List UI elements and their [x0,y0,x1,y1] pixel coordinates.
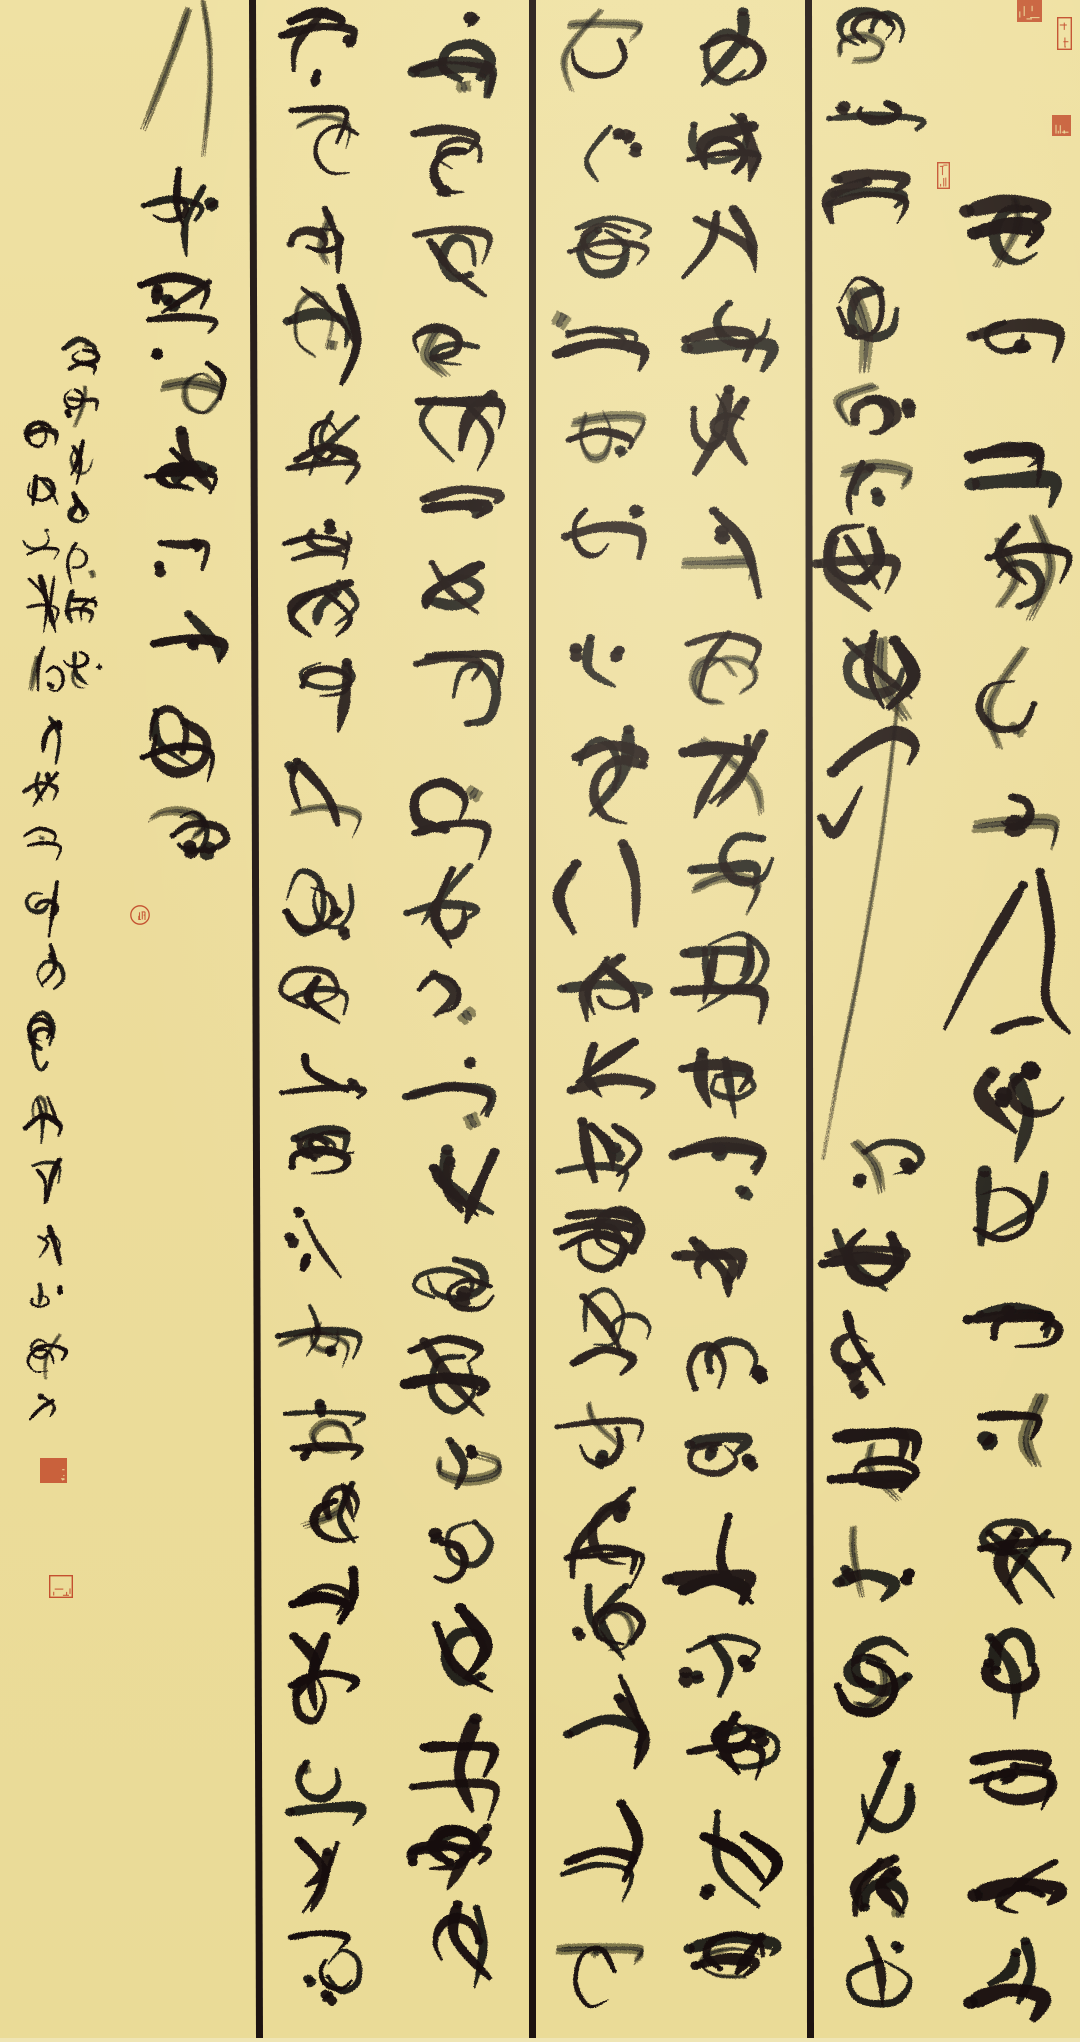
calligraphy-character [31,1157,62,1204]
brush-stroke [552,862,578,935]
calligraphy-character [288,1125,354,1174]
calligraphy-character [567,215,652,278]
calligraphy-character [137,272,218,334]
brush-entry-dot [731,169,738,175]
brush-stroke [712,1812,761,1908]
brush-entry-dot [473,1905,481,1912]
brush-entry-dot [706,1367,714,1374]
brush-entry-dot [205,279,212,285]
brush-entry-dot [834,1683,842,1690]
calligraphy-character [61,336,100,375]
brush-entry-dot [841,1362,856,1375]
brush-entry-dot [902,1672,913,1681]
brush-entry-dot [466,1445,477,1454]
brush-entry-dot [616,1799,626,1808]
brush-entry-dot [45,772,51,777]
brush-entry-dot [736,113,747,122]
calligraphy-character [584,125,643,183]
brush-stroke [415,226,492,265]
brush-entry-dot [336,283,346,291]
brush-entry-dot [154,561,164,570]
brush-stroke [413,1779,500,1822]
brush-entry-dot [282,909,289,915]
brush-entry-dot [433,396,439,401]
calligraphy-character [419,485,505,518]
divider-line-3 [805,0,814,2038]
brush-entry-dot [288,107,295,113]
brush-entry-dot [628,1486,637,1493]
brush-stroke [943,884,1025,1031]
brush-stroke [454,1718,480,1813]
brush-entry-dot [23,1126,29,1131]
brush-entry-dot [323,1141,329,1146]
calligraphy-character [412,323,480,378]
brush-entry-dot [303,1219,308,1223]
brush-entry-dot [686,1648,692,1653]
brush-entry-dot [613,646,624,656]
brush-entry-dot [297,1596,303,1601]
calligraphy-character [412,1256,495,1312]
brush-entry-dot [690,406,697,412]
dry-brush-stroke [681,563,754,581]
brush-stroke [304,1220,342,1278]
brush-entry-dot [552,349,563,358]
brush-entry-dot [870,487,882,497]
calligraphy-character [282,519,353,570]
brush-entry-dot [758,729,769,738]
brush-entry-dot [325,1514,332,1520]
brush-entry-dot [315,1399,326,1408]
calligraphy-character [36,943,65,990]
brush-entry-dot [690,121,698,127]
calligraphy-character [28,646,65,692]
brush-stroke [562,1862,634,1902]
brush-entry-dot [891,1941,901,1950]
calligraphy-scroll [0,0,1080,2042]
calligraphy-character [972,793,1060,850]
brush-entry-dot [293,758,302,766]
brush-entry-dot [169,447,176,453]
brush-entry-dot [708,1444,718,1453]
brush-entry-dot [33,474,38,478]
brush-entry-dot [486,390,498,400]
brush-entry-dot [204,197,217,208]
brush-entry-dot [303,1253,312,1260]
calligraphy-character [63,651,102,689]
brush-entry-dot [614,1426,621,1432]
calligraphy-character [840,459,913,515]
brush-entry-dot [289,1632,299,1640]
brush-entry-dot [432,1621,440,1628]
calligraphy-character [553,1206,646,1273]
brush-entry-dot [24,433,30,438]
brush-entry-dot [719,1721,729,1729]
calligraphy-character [843,630,921,723]
brush-stroke [36,646,45,691]
calligraphy-character [686,113,762,182]
brush-stroke [556,339,649,372]
calligraphy-character [552,311,650,372]
brush-entry-dot [487,1284,492,1289]
calligraphy-character [284,758,362,839]
brush-entry-dot [489,1148,500,1157]
brush-entry-dot [833,1577,845,1587]
brush-stroke [282,1085,368,1100]
brush-entry-dot [717,1966,724,1972]
calligraphy-character [29,1393,57,1420]
brush-entry-dot [678,1065,688,1073]
brush-stroke [313,124,359,175]
calligraphy-character [557,953,653,1022]
calligraphy-character [684,630,762,705]
brush-entry-dot [153,284,164,293]
brush-entry-dot [466,271,475,278]
calligraphy-character [288,1930,363,2006]
brush-entry-dot [700,1832,711,1841]
calligraphy-character [826,100,927,132]
brush-entry-dot [737,1655,751,1666]
brush-entry-dot [452,1256,460,1263]
brush-stroke [37,1283,43,1306]
calligraphy-character [284,1207,342,1279]
brush-entry-dot [905,1783,915,1791]
brush-entry-dot [408,1858,418,1866]
calligraphy-character [962,1303,1063,1348]
brush-entry-dot [179,750,186,756]
brush-entry-dot [984,554,993,562]
brush-entry-dot [449,866,457,872]
brush-entry-dot [587,1122,597,1130]
brush-entry-dot [583,508,589,513]
brush-entry-dot [47,1225,53,1230]
brush-entry-dot [818,1259,829,1268]
brush-stroke [419,398,455,464]
brush-entry-dot [594,227,603,234]
right-loop-stroke-panel-1 [1035,868,1071,1035]
brush-entry-dot [453,1900,463,1909]
calligraphy-character [833,382,916,435]
brush-entry-dot [560,1872,566,1877]
brush-entry-dot [141,203,148,209]
brush-entry-dot [843,534,850,540]
calligraphy-character [400,1335,491,1417]
brush-entry-dot [670,987,681,996]
brush-entry-dot [684,1944,696,1954]
calligraphy-character [275,1304,363,1368]
calligraphy-character [429,1144,500,1224]
brush-entry-dot [716,1734,722,1739]
brush-entry-dot [419,1743,429,1751]
calligraphy-character [681,507,762,599]
brush-entry-dot [304,1004,310,1009]
brush-entry-dot [990,1666,1002,1676]
calligraphy-character [403,863,480,949]
brush-entry-dot [61,346,67,351]
brush-entry-dot [325,1975,330,1980]
calligraphy-character [552,839,640,935]
brush-entry-dot [291,557,297,562]
brush-entry-dot [469,1713,482,1724]
brush-entry-dot [867,526,877,534]
calligraphy-character [412,226,493,298]
brush-entry-dot [858,573,870,583]
brush-entry-dot [611,1123,619,1130]
brush-entry-dot [70,589,75,593]
brush-entry-dot [140,754,147,760]
calligraphy-character [294,1836,340,1914]
brush-entry-dot [900,1158,914,1170]
brush-stroke [569,428,635,450]
calligraphy-character [141,167,219,257]
calligraphy-character [151,348,227,414]
brush-entry-dot [429,1164,439,1173]
brush-entry-dot [285,1808,295,1817]
brush-entry-dot [669,1150,681,1160]
brush-stroke [290,1801,367,1826]
brush-entry-dot [57,1285,62,1289]
brush-entry-dot [725,630,732,636]
brush-entry-dot [991,1027,1000,1035]
brush-entry-dot [437,185,451,197]
brush-entry-dot [285,466,291,471]
calligraphy-character [822,169,911,224]
brush-entry-dot [400,1379,413,1390]
brush-entry-dot [849,1379,863,1391]
brush-entry-dot [742,1454,754,1464]
brush-entry-dot [740,1831,750,1840]
brush-entry-dot [144,474,150,479]
brush-entry-dot [465,1057,476,1066]
brush-entry-dot [1001,320,1007,325]
brush-entry-dot [585,1583,592,1589]
calligraphy-character [421,560,485,615]
brush-entry-dot [688,865,699,874]
brush-stroke [832,1470,913,1493]
calligraphy-character [681,205,758,280]
brush-entry-dot [570,643,582,653]
brush-entry-dot [671,1251,682,1260]
brush-entry-dot [332,587,342,596]
brush-entry-dot [301,1053,309,1059]
brush-stroke [67,505,89,524]
brush-entry-dot [978,1165,992,1177]
brush-entry-dot [861,1149,868,1155]
brush-entry-dot [691,1670,702,1680]
calligraphy-character [287,206,345,274]
calligraphy-character [981,1628,1040,1720]
brush-entry-dot [608,125,613,130]
brush-entry-dot [893,1750,901,1757]
brush-entry-dot [200,184,207,190]
seal-top-right-1 [1017,0,1042,22]
brush-entry-dot [183,840,196,851]
brush-entry-dot [571,859,582,868]
base-stroke-panel-1 [991,1016,1045,1035]
brush-entry-dot [679,1667,693,1678]
brush-stroke [582,637,617,687]
calligraphy-character [959,195,1051,269]
brush-stroke [567,1714,648,1749]
calligraphy-character [699,1809,783,1908]
brush-stroke [830,726,919,775]
brush-entry-dot [889,636,902,647]
brush-entry-dot [184,610,193,618]
brush-entry-dot [290,1445,298,1452]
brush-entry-dot [738,7,749,16]
brush-entry-dot [1035,868,1045,876]
brush-entry-dot [477,159,482,163]
brush-stroke [709,1637,733,1698]
brush-stroke [972,470,1062,508]
brush-stroke [620,842,641,927]
calligraphy-character [402,1057,497,1131]
calligraphy-character [669,1137,767,1201]
calligraphy-character [278,7,358,87]
brush-entry-dot [684,1440,695,1449]
brush-entry-dot [1011,1527,1024,1538]
vertical-stroke-top-left [201,0,213,157]
calligraphy-character [410,124,483,197]
brush-entry-dot [890,1854,900,1862]
brush-entry-dot [421,504,432,513]
brush-entry-dot [347,1078,355,1085]
brush-entry-dot [1034,1535,1042,1542]
brush-entry-dot [409,66,418,73]
calligraphy-character [681,300,779,373]
paper-bottom-edge [0,2038,1080,2042]
brush-stroke [571,40,628,79]
brush-entry-dot [284,1232,295,1241]
brush-entry-dot [303,1975,313,1984]
brush-entry-dot [150,640,159,648]
brush-entry-dot [557,984,567,993]
brush-entry-dot [1041,1171,1049,1178]
brush-stroke [71,548,88,569]
brush-entry-dot [1012,523,1021,530]
calligraphy-character [833,1526,915,1603]
diagonal-stroke-panel-1 [943,881,1028,1031]
brush-entry-dot [146,317,153,323]
inscription-column-2 [22,420,68,1421]
calligraphy-character [564,1486,646,1589]
calligraphy-character [69,439,93,485]
brush-entry-dot [854,1173,866,1183]
brush-entry-dot [901,398,914,409]
brush-entry-dot [735,1185,747,1195]
calligraphy-character [974,1061,1065,1163]
brush-entry-dot [745,934,752,940]
calligraphy-character [966,318,1065,363]
seal-signature-2 [50,1576,73,1598]
brush-entry-dot [412,232,420,239]
calligraphy-character [287,579,359,638]
brush-entry-dot [990,1334,998,1341]
brush-entry-dot [324,519,335,529]
panel-2 [552,7,783,2008]
brush-entry-dot [836,306,841,311]
brush-entry-dot [691,1385,699,1391]
brush-entry-dot [288,1164,296,1171]
zhong-top-stroke [827,726,920,778]
brush-entry-dot [967,1889,982,1902]
brush-entry-dot [466,863,473,869]
calligraphy-character [67,491,89,523]
brush-entry-dot [621,1501,630,1509]
calligraphy-character [686,1711,780,1781]
brush-entry-dot [696,1047,709,1058]
brush-entry-dot [1051,1859,1058,1865]
brush-entry-dot [322,1848,332,1856]
calligraphy-character [563,1674,650,1769]
brush-entry-dot [618,839,629,848]
brush-entry-dot [586,634,595,642]
brush-entry-dot [279,1090,285,1095]
brush-entry-dot [353,415,360,421]
brush-stroke [426,499,493,519]
calligraphy-character [285,1759,367,1826]
brush-entry-dot [572,1627,583,1636]
brush-entry-dot [977,1431,994,1445]
calligraphy-character [556,1943,644,2008]
brush-entry-dot [472,1519,479,1525]
calligraphy-character [976,646,1038,750]
calligraphy-character [283,1399,367,1462]
brush-entry-dot [709,507,719,516]
brush-entry-dot [885,20,893,27]
calligraphy-character [301,1481,360,1544]
brush-stroke [44,529,49,532]
calligraphy-character [967,1859,1067,1914]
brush-entry-dot [460,148,468,155]
calligraphy-character [977,1519,1072,1606]
brush-entry-dot [415,397,425,405]
calligraphy-character [818,1228,911,1292]
brush-entry-dot [331,1498,339,1505]
calligraphy-character [973,1165,1049,1246]
calligraphy-character [560,1799,644,1902]
brush-entry-dot [284,761,294,770]
brush-entry-dot [474,561,485,570]
brush-entry-dot [638,761,648,769]
brush-entry-dot [832,1228,840,1234]
brush-entry-dot [175,167,182,173]
calligraphy-character [684,1433,758,1477]
calligraphy-character [984,515,1072,622]
brush-entry-dot [152,348,163,357]
brush-entry-dot [564,1555,571,1561]
brush-entry-dot [616,953,627,962]
brush-entry-dot [413,661,421,668]
brush-entry-dot [563,1730,574,1739]
brush-entry-dot [456,1286,471,1299]
brush-stroke [415,819,492,860]
brush-entry-dot [740,396,750,404]
brush-stroke [1037,872,1071,1035]
brush-entry-dot [725,300,733,307]
brush-entry-dot [52,721,58,726]
brush-entry-dot [343,35,355,45]
brush-stroke [969,1984,1051,2023]
brush-entry-dot [662,1574,674,1584]
brush-entry-dot [831,174,842,184]
brush-entry-dot [567,1086,577,1095]
brush-entry-dot [712,1144,726,1156]
brush-stroke [27,841,62,860]
brush-entry-dot [283,1412,288,1416]
dry-brush-stroke [143,8,190,131]
calligraphy-character [856,1750,915,1846]
brush-entry-dot [563,1858,572,1866]
